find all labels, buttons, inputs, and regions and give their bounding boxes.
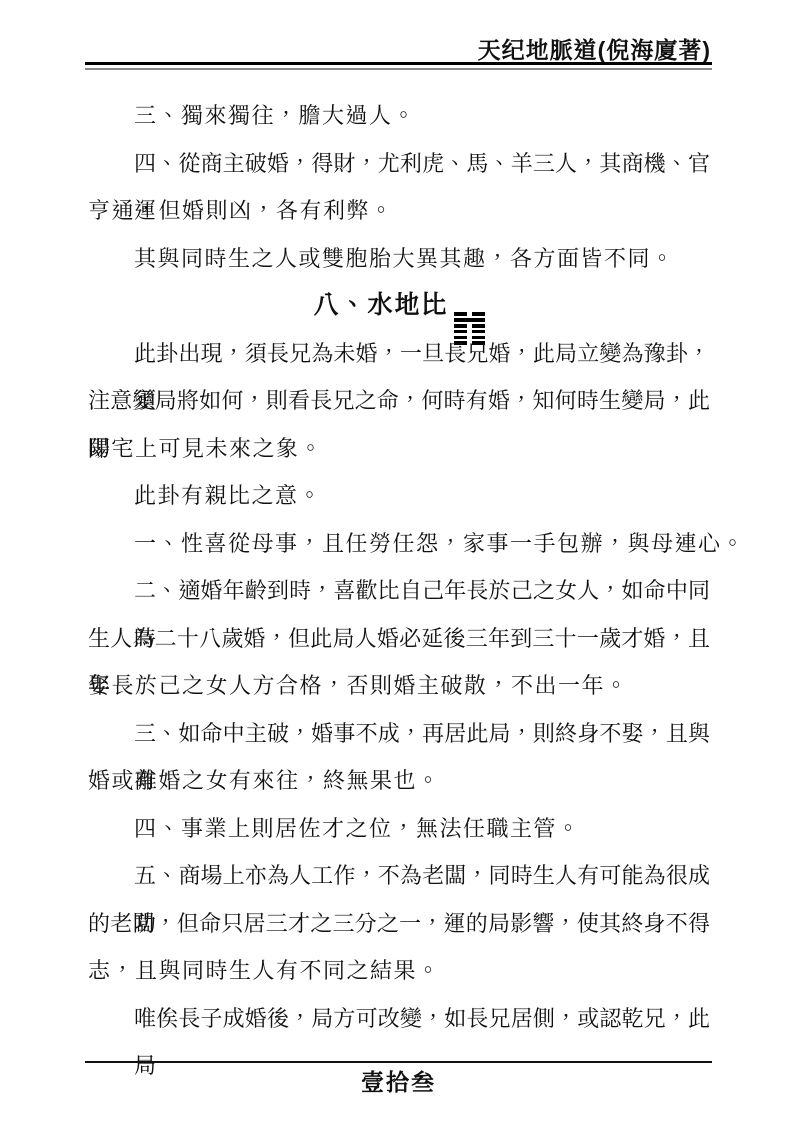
text-line: 生人為二十八歲婚，但此局人婚必延後三年到三十一歲才婚，且娶 <box>88 615 710 663</box>
text-line: 年長於己之女人方合格，否則婚主破散，不出一年。 <box>88 662 710 710</box>
text-line: 其與同時生之人或雙胞胎大異其趣，各方面皆不同。 <box>88 235 710 283</box>
header-rule <box>85 62 712 70</box>
header-rule-thin <box>85 68 712 70</box>
section-heading-text: 八、水地比 <box>313 291 448 319</box>
text-line: 婚或離婚之女有來往，終無果也。 <box>88 757 710 805</box>
footer-page-number: 壹拾叁 <box>0 1064 797 1097</box>
text-line: 一、性喜從母事，且任勞任怨，家事一手包辦，與母連心。 <box>88 520 710 568</box>
header-title: 天纪地脈道(倪海廈著) <box>478 32 711 65</box>
text-line: 三、如命中主破，婚事不成，再居此局，則終身不娶，且與有 <box>88 710 710 758</box>
text-line: 此卦出現，須長兄為未婚，一旦長兄婚，此局立變為豫卦，須 <box>88 330 710 378</box>
hexagram-line-broken <box>454 324 485 328</box>
text-line: 唯俟長子成婚後，局方可改變，如長兄居側，或認乾兄，此局 <box>88 995 710 1043</box>
header-rule-thick <box>85 62 712 65</box>
footer-rule <box>85 1061 712 1063</box>
text-line: 三、獨來獨往，膽大過人。 <box>88 92 710 140</box>
text-line: 二、適婚年齡到時，喜歡比自己年長於己之女人，如命中同時 <box>88 567 710 615</box>
hexagram-line-solid <box>454 318 485 322</box>
text-line: 四、從商主破婚，得財，尤利虎、馬、羊三人，其商機、官運 <box>88 140 710 188</box>
text-line: 的老闆，但命只居三才之三分之一，運的局影響，使其終身不得 <box>88 900 710 948</box>
text-line: 注意變局將如何，則看長兄之命，何時有婚，知何時生變局，此即 <box>88 377 710 425</box>
document-body: 三、獨來獨往，膽大過人。四、從商主破婚，得財，尤利虎、馬、羊三人，其商機、官運亨… <box>88 92 710 1042</box>
document-page: 天纪地脈道(倪海廈著) 三、獨來獨往，膽大過人。四、從商主破婚，得財，尤利虎、馬… <box>0 0 797 1126</box>
hexagram-line-broken <box>454 312 485 316</box>
text-line: 此卦有親比之意。 <box>88 472 710 520</box>
text-line: 亨通，但婚則凶，各有利弊。 <box>88 187 710 235</box>
section-heading: 八、水地比 <box>88 282 710 330</box>
text-line: 四、事業上則居佐才之位，無法任職主管。 <box>88 805 710 853</box>
text-line: 陽宅上可見未來之象。 <box>88 425 710 473</box>
text-line: 五、商場上亦為人工作，不為老闆，同時生人有可能為很成功 <box>88 852 710 900</box>
text-line: 志，且與同時生人有不同之結果。 <box>88 947 710 995</box>
